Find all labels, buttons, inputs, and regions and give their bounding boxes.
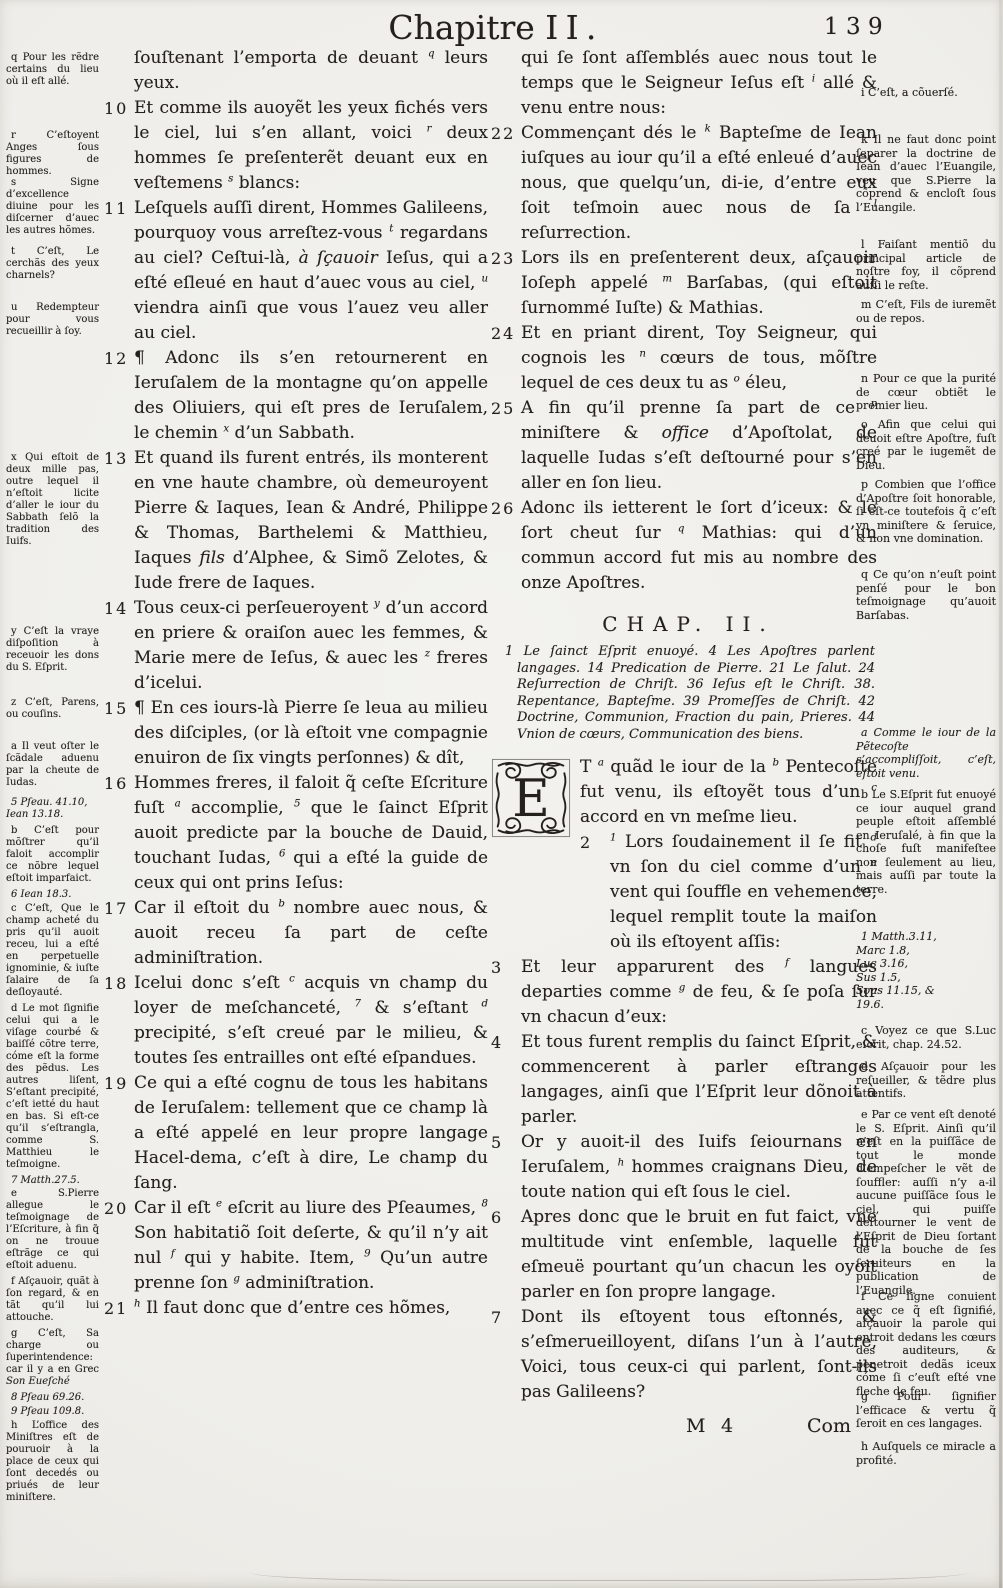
page-title-numeral: II. <box>545 8 603 47</box>
verse: 25 A fin qu’il prenne ſa part de ce p mi… <box>491 396 877 496</box>
verse-number: 25 <box>491 396 521 421</box>
verse-number: 14 <box>104 596 134 621</box>
verse-number: 7 <box>491 1305 521 1330</box>
verse: 12 ¶ Adonc ils s’en retournerent en Ieru… <box>104 346 488 446</box>
margin-note: e Par ce vent eſt denoté le S. Eſprit. A… <box>856 1108 996 1297</box>
margin-note: q Pour les rẽdre certains du lieu où il … <box>6 52 99 88</box>
margin-note: a Comme le iour de la Pẽtecoſte s’accomp… <box>856 726 996 780</box>
verse-text: Et en priant dirent, Toy Seigneur, qui c… <box>521 321 877 396</box>
verse-number: 12 <box>104 346 134 371</box>
verse-text: Tous ceux-ci perſeueroyent y d’un accord… <box>134 596 488 696</box>
verse: 10 Et comme ils auoyẽt les yeux fichés v… <box>104 96 488 196</box>
verse-text: ¶ En ces iours-là Pierre ſe leua au mili… <box>134 696 488 771</box>
margin-note: b C’eſt pour mõſtrer qu’il faloit accomp… <box>6 825 99 885</box>
verse-text: A fin qu’il prenne ſa part de ce p miniſ… <box>521 396 877 496</box>
verse: 7 Dont ils eſtoyent tous eſtonnés, & s’e… <box>491 1305 877 1405</box>
ornamental-initial: E <box>491 758 571 838</box>
margin-note: o Afin que celui qui deuoit eſtre Apoſtr… <box>856 418 996 472</box>
verse-number: 20 <box>104 1196 134 1221</box>
margin-note: m C’eſt, Fils de iuremẽt ou de repos. <box>856 298 996 325</box>
margin-note: c Voyez ce que S.Luc eſcrit, chap. 24.52… <box>856 1024 996 1051</box>
margin-note: 1 Matth.3.11, Marc 1.8, Luc 3.16, Sus 1.… <box>856 930 996 1011</box>
margin-note: r C’eſtoyent Anges ſous figures de homme… <box>6 130 99 178</box>
margin-note: 9 Pſeau 109.8. <box>6 1406 99 1418</box>
verse: 20 Car il eſt e eſcrit au liure des Pſea… <box>104 1196 488 1296</box>
verse-number: 2 <box>580 830 610 855</box>
verse-text: Commençant dés le k Bapteſme de Iean iuſ… <box>521 121 877 246</box>
verse-number: 19 <box>104 1071 134 1096</box>
verse-text: qui ſe ſont aſſemblés auec nous tout le … <box>521 46 877 121</box>
verse: 17 Car il eſtoit du b nombre auec nous, … <box>104 896 488 971</box>
verse: 16 Hommes freres, il faloit q̃ ceſte Eſc… <box>104 771 488 896</box>
margin-note: a Il veut oſter le ſcãdale aduenu par la… <box>6 741 99 789</box>
verse: 6 Apres donc que le bruit en fut faict, … <box>491 1205 877 1305</box>
scanned-book-page: Chapitre II. 139 q Pour les rẽdre certai… <box>0 0 1003 1588</box>
margin-note: u Redempteur pour vous recueillir à ſoy. <box>6 302 99 338</box>
verse-number: 6 <box>491 1205 521 1230</box>
verse-number: 23 <box>491 246 521 271</box>
margin-note: s Signe d’excellence diuine pour les diſ… <box>6 177 99 237</box>
verse: qui ſe ſont aſſemblés auec nous tout le … <box>491 46 877 121</box>
page-title: Chapitre II. <box>296 8 696 47</box>
margin-note: g C’eſt, Sa charge ou ſuperintendence: c… <box>6 1328 99 1388</box>
right-margin-notes: i C’eſt, a cõuerſé. k Il ne faut donc po… <box>856 0 996 1588</box>
margin-note: k Il ne faut donc point ſeparer la doctr… <box>856 133 996 214</box>
verse: 14 Tous ceux-ci perſeueroyent y d’un acc… <box>104 596 488 696</box>
margin-note: x Qui eſtoit de deux mille pas, outre le… <box>6 452 99 548</box>
verse: 18 Icelui donc s’eſt c acquis vn champ d… <box>104 971 488 1071</box>
verse-number: 4 <box>491 1030 521 1055</box>
chapter-heading: CHAP. II. <box>491 612 877 636</box>
verse: 24 Et en priant dirent, Toy Seigneur, qu… <box>491 321 877 396</box>
margin-note: g Pour ſignifier l’efficace & vertu q̃ ſ… <box>856 1390 996 1431</box>
margin-note: 5 Pſeau. 41.10, Iean 13.18. <box>6 797 99 821</box>
verse-number: 26 <box>491 496 521 521</box>
margin-note: f Aſçauoir, quãt à ſon regard, & en tãt … <box>6 1276 99 1324</box>
verse: 5 Or y auoit-il des Iuifs ſeiournans en … <box>491 1130 877 1205</box>
margin-note: 6 Iean 18.3. <box>6 889 99 901</box>
verse-text: h Il faut donc que d’entre ces hõmes, <box>134 1296 488 1321</box>
margin-note: f Ce ſigne conuient auec ce q̃ eſt ſigni… <box>856 1290 996 1398</box>
verse-text: Et leur apparurent des f langues departi… <box>521 955 877 1030</box>
verse-number: 13 <box>104 446 134 471</box>
left-text-column: ſouſtenant l’emporta de deuant q leurs y… <box>104 46 488 1321</box>
verse: 23 Lors ils en preſenterent deux, aſçauo… <box>491 246 877 321</box>
margin-note: d Aſçauoir pour les reſueiller, & tẽdre … <box>856 1060 996 1101</box>
verse: 3 Et leur apparurent des f langues depar… <box>491 955 877 1030</box>
verse-text: Leſquels auſſi dirent, Hommes Galileens,… <box>134 196 488 346</box>
verse-text: T a quãd le iour de la b Pentecoſte fut … <box>580 757 877 827</box>
verse-number: 10 <box>104 96 134 121</box>
margin-note: d Le mot ſignifie celui qui a le viſage … <box>6 1003 99 1171</box>
margin-note: 7 Matth.27.5. <box>6 1175 99 1187</box>
margin-note: e S.Pierre allegue le teſmoignage de l’E… <box>6 1188 99 1272</box>
signature-mark: M 4 <box>686 1415 738 1437</box>
margin-note: z C’eſt, Parens, ou couſins. <box>6 697 99 721</box>
verse-text: ¶ Adonc ils s’en retournerent en Ieruſal… <box>134 346 488 446</box>
margin-note: y C’eſt la vraye diſpoſition à receuoir … <box>6 626 99 674</box>
verse-text: Ce qui a eſté cognu de tous les habitans… <box>134 1071 488 1196</box>
verse-number: 17 <box>104 896 134 921</box>
verses-acts2: 2 1 Lors ſoudainement il ſe fit d vn ſon… <box>491 830 877 1405</box>
left-margin-notes: q Pour les rẽdre certains du lieu où il … <box>6 0 99 1588</box>
verse-text: Et tous furent remplis du ſainct Eſprit,… <box>521 1030 877 1130</box>
margin-note: i C’eſt, a cõuerſé. <box>856 86 996 100</box>
verse: 19 Ce qui a eſté cognu de tous les habit… <box>104 1071 488 1196</box>
verse-text: ſouſtenant l’emporta de deuant q leurs y… <box>134 46 488 96</box>
verse-text: Icelui donc s’eſt c acquis vn champ du l… <box>134 971 488 1071</box>
verse-text: Dont ils eſtoyent tous eſtonnés, & s’eſm… <box>521 1305 877 1405</box>
verse-text: Or y auoit-il des Iuifs ſeiournans en Ie… <box>521 1130 877 1205</box>
verse-text: Car il eſtoit du b nombre auec nous, & a… <box>134 896 488 971</box>
verse-number: 5 <box>491 1130 521 1155</box>
catchword: Com <box>807 1415 851 1437</box>
margin-note: h L’office des Miniſtres eſt de pouruoir… <box>6 1420 99 1504</box>
verse-text: Et quand ils furent entrés, ils monteren… <box>134 446 488 596</box>
verse: 2 1 Lors ſoudainement il ſe fit d vn ſon… <box>580 830 877 955</box>
margin-note: b Le S.Eſprit fut enuoyé ce iour auquel … <box>856 788 996 896</box>
dropcap-letter: E <box>512 769 550 829</box>
verse-text: Et comme ils auoyẽt les yeux fichés vers… <box>134 96 488 196</box>
verse-text: 1 Lors ſoudainement il ſe fit d vn ſon d… <box>610 830 877 955</box>
verse-text: Adonc ils ietterent le ſort d’iceux: & l… <box>521 496 877 596</box>
chapter-summary: 1 Le ſainct Eſprit enuoyé. 4 Les Apoſtre… <box>505 644 875 743</box>
margin-note: p Combien que l’office d’Apoſtre ſoit ho… <box>856 478 996 546</box>
verse-number: 11 <box>104 196 134 221</box>
margin-note: n Pour ce que la purité de cœur obtiẽt l… <box>856 372 996 413</box>
verse-number: 16 <box>104 771 134 796</box>
margin-note: 8 Pſeau 69.26. <box>6 1392 99 1404</box>
page-title-word: Chapitre <box>388 8 534 47</box>
verse: ſouſtenant l’emporta de deuant q leurs y… <box>104 46 488 96</box>
verse: 26 Adonc ils ietterent le ſort d’iceux: … <box>491 496 877 596</box>
verse: 21 h Il faut donc que d’entre ces hõmes, <box>104 1296 488 1321</box>
margin-note: q Ce qu’on n’euſt point penſé pour le bo… <box>856 568 996 622</box>
verse-text: Lors ils en preſenterent deux, aſçauoir … <box>521 246 877 321</box>
margin-note: l Faiſant mentiõ du principal article de… <box>856 238 996 292</box>
verse: 13 Et quand ils furent entrés, ils monte… <box>104 446 488 596</box>
verse-text: Car il eſt e eſcrit au liure des Pſeaume… <box>134 1196 488 1296</box>
verse: 22 Commençant dés le k Bapteſme de Iean … <box>491 121 877 246</box>
verse-text: Apres donc que le bruit en fut faict, vn… <box>521 1205 877 1305</box>
margin-note: c C’eſt, Que le champ acheté du pris qu’… <box>6 903 99 999</box>
right-text-column: qui ſe ſont aſſemblés auec nous tout le … <box>491 46 877 1437</box>
margin-note: t C’eſt, Le cerchãs des yeux charnels? <box>6 246 99 282</box>
verse-number: 18 <box>104 971 134 996</box>
verse-number: 21 <box>104 1296 134 1321</box>
verses-acts1: qui ſe ſont aſſemblés auec nous tout le … <box>491 46 877 596</box>
verse-text: Hommes freres, il faloit q̃ ceſte Eſcrit… <box>134 771 488 896</box>
verse-number: 24 <box>491 321 521 346</box>
verse-number: 22 <box>491 121 521 146</box>
verse: 11 Leſquels auſſi dirent, Hommes Galilee… <box>104 196 488 346</box>
verse-number: 3 <box>491 955 521 980</box>
verse: E T a quãd le iour de la b Pentecoſte fu… <box>491 755 877 830</box>
catchline: M 4 Com <box>491 1405 877 1437</box>
verse-number: 15 <box>104 696 134 721</box>
verse: 15 ¶ En ces iours-là Pierre ſe leua au m… <box>104 696 488 771</box>
margin-note: h Auſquels ce miracle a profité. <box>856 1440 996 1467</box>
verse: 4 Et tous furent remplis du ſainct Eſpri… <box>491 1030 877 1130</box>
